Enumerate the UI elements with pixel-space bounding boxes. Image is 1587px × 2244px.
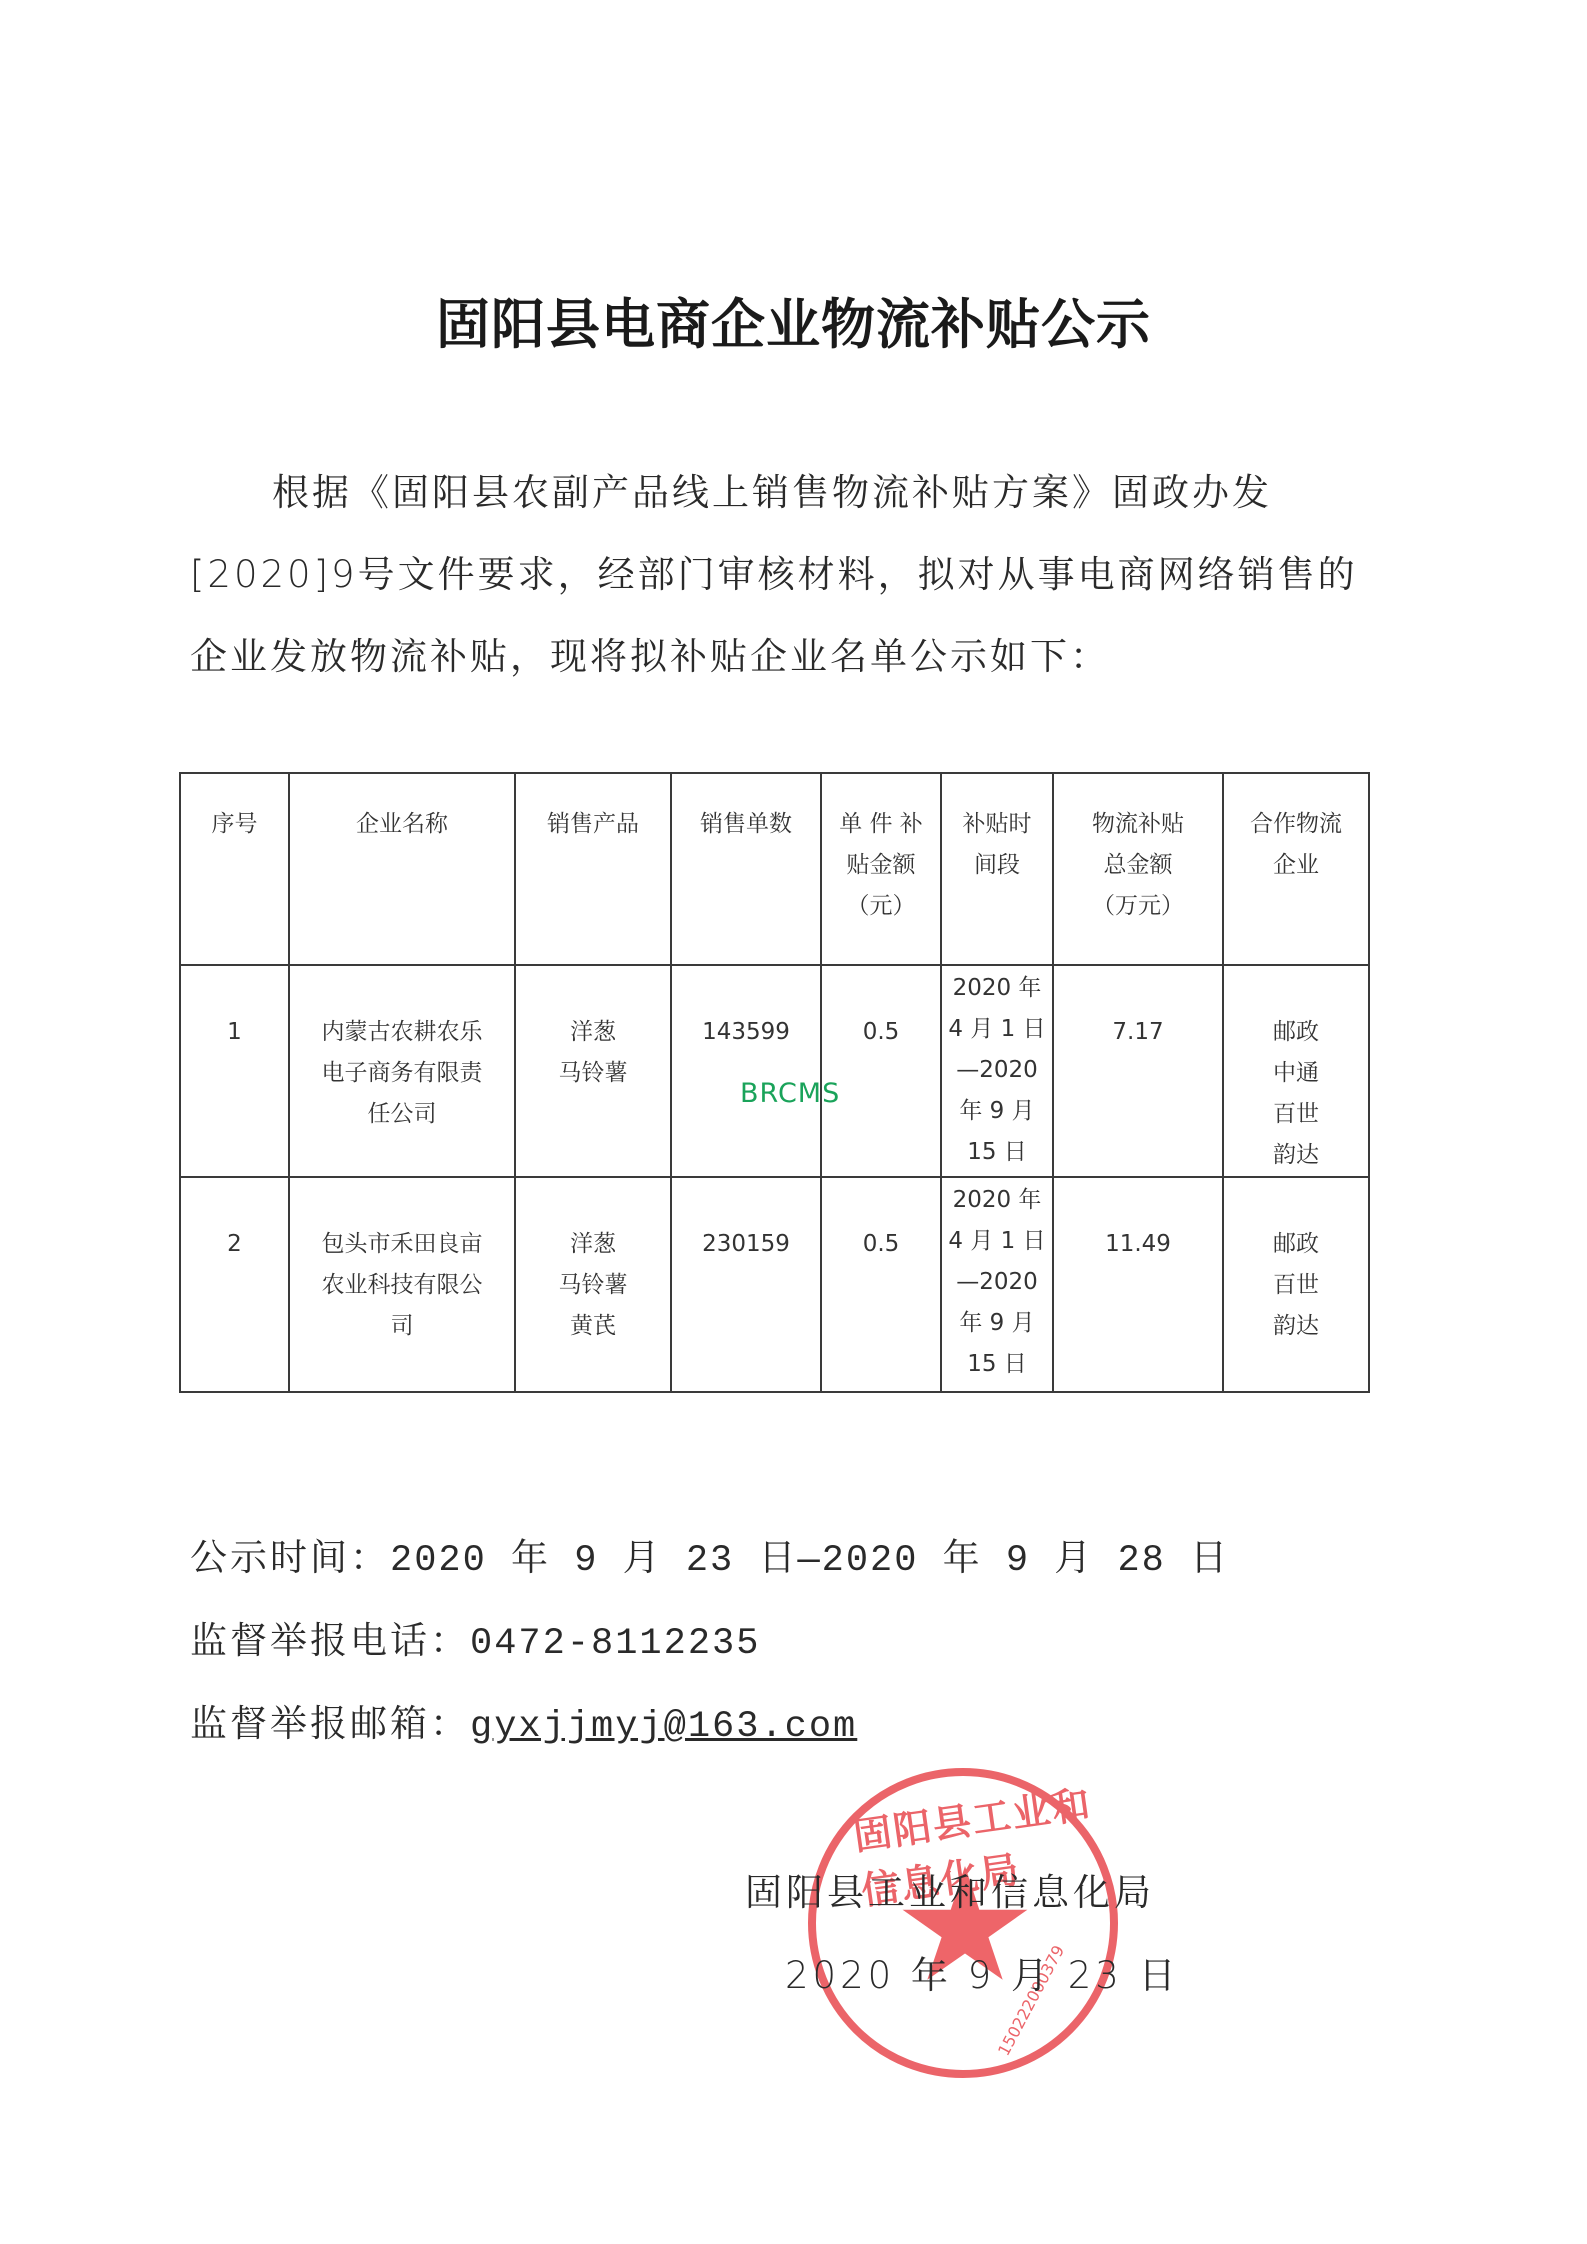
cell-text: 2: [181, 1178, 288, 1265]
cell-total-subsidy: 11.49: [1053, 1177, 1223, 1392]
cell-text: 1: [181, 966, 288, 1053]
notice-period: 公示时间：2020 年 9 月 23 日—2020 年 9 月 28 日: [190, 1527, 1229, 1582]
header-total-subsidy: 物流补贴 总金额 （万元）: [1053, 773, 1223, 965]
header-text: 企业: [1224, 845, 1368, 886]
header-text: 物流补贴: [1054, 804, 1222, 845]
cell-period: 2020 年 4 月 1 日 —2020 年 9 月 15 日: [941, 965, 1053, 1177]
cell-text: 黄芪: [516, 1306, 670, 1347]
cell-no: 2: [180, 1177, 289, 1392]
cell-text: 邮政: [1224, 1224, 1368, 1265]
cell-company: 内蒙古农耕农乐 电子商务有限责 任公司: [289, 965, 515, 1177]
header-text: 企业名称: [290, 804, 514, 845]
notice-period-value: 2020 年 9 月 23 日—2020 年 9 月 28 日: [390, 1540, 1229, 1582]
cell-products: 洋葱 马铃薯: [515, 965, 671, 1177]
table-row: 2 包头市禾田良亩 农业科技有限公 司 洋葱 马铃薯 黄芪 230159 0.5…: [180, 1177, 1369, 1392]
cell-text: 邮政: [1224, 1012, 1368, 1053]
email-link[interactable]: gyxjjmyj@163.com: [470, 1706, 857, 1748]
cell-text: 2020 年: [942, 1180, 1052, 1221]
header-text: 总金额: [1054, 845, 1222, 886]
cell-text: 230159: [672, 1178, 820, 1265]
notice-phone-value: 0472-8112235: [470, 1623, 760, 1665]
header-products: 销售产品: [515, 773, 671, 965]
cell-unit-subsidy: 0.5: [821, 965, 941, 1177]
cell-text: 7.17: [1054, 966, 1222, 1053]
cell-logistics: 邮政 百世 韵达: [1223, 1177, 1369, 1392]
header-text: 销售单数: [672, 804, 820, 845]
cell-text: 百世: [1224, 1094, 1368, 1135]
cell-text: —2020: [942, 1262, 1052, 1303]
header-company: 企业名称: [289, 773, 515, 965]
header-text: 序号: [181, 804, 288, 845]
notice-period-label: 公示时间：: [190, 1536, 390, 1579]
cell-text: —2020: [942, 1050, 1052, 1091]
header-logistics: 合作物流 企业: [1223, 773, 1369, 965]
cell-no: 1: [180, 965, 289, 1177]
watermark: BRCMS: [740, 1078, 840, 1109]
cell-orders: 143599: [671, 965, 821, 1177]
header-period: 补贴时 间段: [941, 773, 1053, 965]
table-row: 1 内蒙古农耕农乐 电子商务有限责 任公司 洋葱 马铃薯 143599 0.5 …: [180, 965, 1369, 1177]
header-text: 补贴时: [942, 804, 1052, 845]
signature-date: 2020 年 9 月 23 日: [785, 1945, 1180, 1999]
cell-text: 电子商务有限责: [290, 1053, 514, 1094]
header-no: 序号: [180, 773, 289, 965]
cell-text: 15 日: [942, 1344, 1052, 1385]
cell-products: 洋葱 马铃薯 黄芪: [515, 1177, 671, 1392]
header-text: 间段: [942, 845, 1052, 886]
cell-logistics: 邮政 中通 百世 韵达: [1223, 965, 1369, 1177]
header-text: （元）: [822, 886, 940, 927]
cell-text: 11.49: [1054, 1178, 1222, 1265]
cell-text: 4 月 1 日: [942, 1009, 1052, 1050]
cell-text: 包头市禾田良亩: [290, 1224, 514, 1265]
header-text: 合作物流: [1224, 804, 1368, 845]
notice-email-label: 监督举报邮箱：: [190, 1702, 470, 1745]
cell-text: 143599: [672, 966, 820, 1053]
cell-unit-subsidy: 0.5: [821, 1177, 941, 1392]
cell-text: 洋葱: [516, 1224, 670, 1265]
cell-text: 15 日: [942, 1132, 1052, 1173]
intro-text: 根据《固阳县农副产品线上销售物流补贴方案》固政办发[2020]9号文件要求，经部…: [190, 471, 1358, 678]
official-seal: 固阳县工业和信息化局 150222000379: [808, 1768, 1118, 2078]
cell-text: 年 9 月: [942, 1091, 1052, 1132]
cell-text: 韵达: [1224, 1306, 1368, 1347]
cell-period: 2020 年 4 月 1 日 —2020 年 9 月 15 日: [941, 1177, 1053, 1392]
cell-text: 洋葱: [516, 1012, 670, 1053]
header-text: （万元）: [1054, 886, 1222, 927]
cell-text: 农业科技有限公: [290, 1265, 514, 1306]
signature-org: 固阳县工业和信息化局: [745, 1862, 1155, 1916]
cell-company: 包头市禾田良亩 农业科技有限公 司: [289, 1177, 515, 1392]
cell-text: 韵达: [1224, 1135, 1368, 1176]
cell-text: 4 月 1 日: [942, 1221, 1052, 1262]
cell-text: 司: [290, 1306, 514, 1347]
notice-phone: 监督举报电话：0472-8112235: [190, 1610, 760, 1665]
header-text: 单 件 补: [822, 804, 940, 845]
header-text: 贴金额: [822, 845, 940, 886]
cell-text: 内蒙古农耕农乐: [290, 1012, 514, 1053]
header-text: 销售产品: [516, 804, 670, 845]
cell-text: 0.5: [822, 1178, 940, 1265]
cell-text: 年 9 月: [942, 1303, 1052, 1344]
header-unit-subsidy: 单 件 补 贴金额 （元）: [821, 773, 941, 965]
cell-text: 任公司: [290, 1094, 514, 1135]
cell-text: 百世: [1224, 1265, 1368, 1306]
document-title: 固阳县电商企业物流补贴公示: [0, 282, 1587, 359]
cell-text: 2020 年: [942, 968, 1052, 1009]
cell-text: 0.5: [822, 966, 940, 1053]
cell-text: 中通: [1224, 1053, 1368, 1094]
intro-paragraph: 根据《固阳县农副产品线上销售物流补贴方案》固政办发[2020]9号文件要求，经部…: [190, 452, 1360, 698]
cell-total-subsidy: 7.17: [1053, 965, 1223, 1177]
cell-orders: 230159: [671, 1177, 821, 1392]
notice-email: 监督举报邮箱：gyxjjmyj@163.com: [190, 1693, 857, 1748]
notice-phone-label: 监督举报电话：: [190, 1619, 470, 1662]
table-header-row: 序号 企业名称 销售产品 销售单数 单 件 补 贴金额 （元） 补贴时 间段 物…: [180, 773, 1369, 965]
header-orders: 销售单数: [671, 773, 821, 965]
cell-text: 马铃薯: [516, 1265, 670, 1306]
cell-text: 马铃薯: [516, 1053, 670, 1094]
